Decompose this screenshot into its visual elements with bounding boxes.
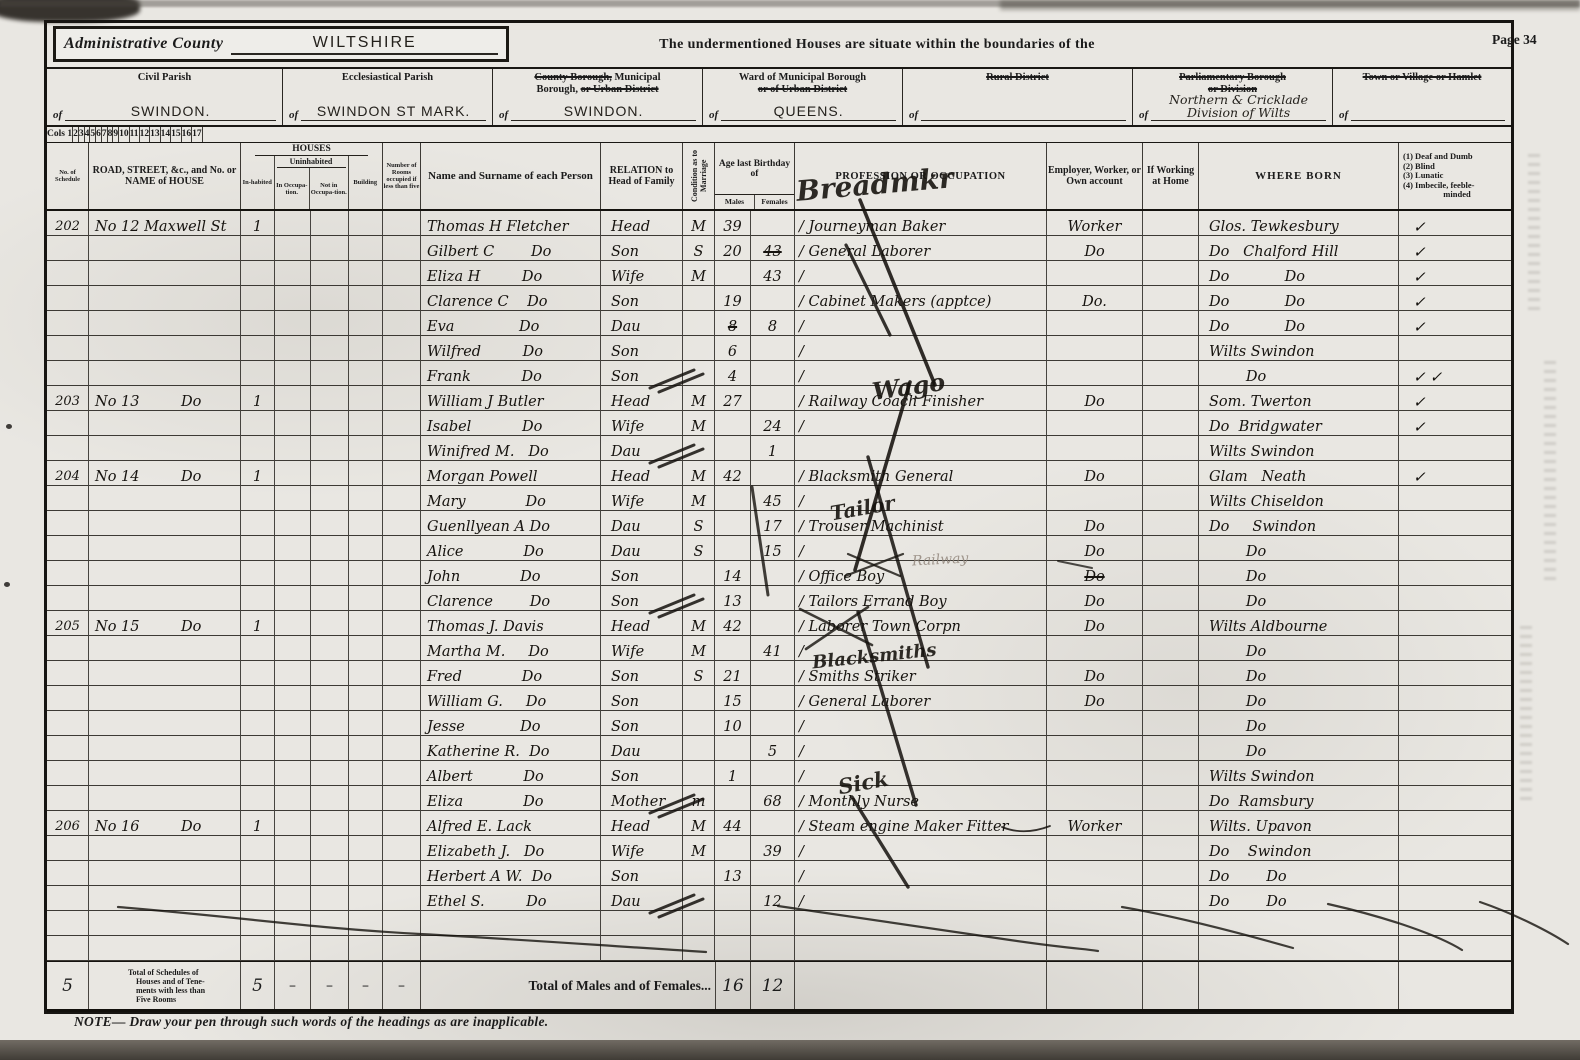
cell-uninhabited-inocc xyxy=(275,661,311,686)
cell-occupation: / xyxy=(795,886,1047,911)
column-number: 11 xyxy=(130,127,140,142)
cell-uninhabited-inocc xyxy=(275,561,311,586)
cell-condition: M xyxy=(683,386,715,411)
cell-uninhabited-inocc xyxy=(275,411,311,436)
cell-inhabited xyxy=(241,586,275,611)
cell-relation: Dau xyxy=(601,736,683,761)
cell-working-at-home xyxy=(1143,636,1199,661)
table-row: 203 No 13 Do 1 William J Butler Head M 2… xyxy=(47,386,1511,411)
cell-age-female xyxy=(751,611,795,636)
cell-inhabited xyxy=(241,636,275,661)
cell-schedule-number xyxy=(47,711,89,736)
cell-rooms xyxy=(383,911,421,936)
cell-uninhabited-notocc xyxy=(311,686,349,711)
cell-working-at-home xyxy=(1143,911,1199,936)
total-dash: – xyxy=(311,962,349,1009)
table-row: 204 No 14 Do 1 Morgan Powell Head M 42 /… xyxy=(47,461,1511,486)
cell-condition: S xyxy=(683,536,715,561)
cell-infirmity-check xyxy=(1399,811,1511,836)
column-number: 13 xyxy=(150,127,161,142)
cell-name: Jesse Do xyxy=(421,711,601,736)
cell-where-born: Do Swindon xyxy=(1199,836,1399,861)
cell-condition: M xyxy=(683,261,715,286)
town-value xyxy=(1351,119,1505,121)
cell-condition xyxy=(683,361,715,386)
cell-name: Thomas J. Davis xyxy=(421,611,601,636)
cell-building xyxy=(349,786,383,811)
cell-building xyxy=(349,336,383,361)
cell-age-male: 13 xyxy=(715,861,751,886)
cell-inhabited xyxy=(241,936,275,961)
cell-infirmity-check: ✓ xyxy=(1399,411,1511,436)
cell-schedule-number: 202 xyxy=(47,211,89,236)
col-age-header: Age last Birthday of Males Females xyxy=(715,143,795,209)
cell-address xyxy=(89,861,241,886)
cell-employer: Do xyxy=(1047,236,1143,261)
cell-age-female xyxy=(751,561,795,586)
age-title: Age last Birthday of xyxy=(715,143,794,194)
cell-working-at-home xyxy=(1143,711,1199,736)
cell-working-at-home xyxy=(1143,936,1199,961)
municipal-value: SWINDON. xyxy=(511,103,696,121)
cell-age-female: 1 xyxy=(751,436,795,461)
cell-infirmity-check: ✓ xyxy=(1399,461,1511,486)
scan-edge-band xyxy=(0,1040,1580,1060)
cell-building xyxy=(349,761,383,786)
struck-text: Rural District xyxy=(986,72,1049,83)
cell-age-female xyxy=(751,936,795,961)
cell-age-female xyxy=(751,461,795,486)
cell-uninhabited-inocc xyxy=(275,761,311,786)
of-word: of xyxy=(1339,109,1348,121)
civil-parish-value: SWINDON. xyxy=(65,103,276,121)
cell-rooms xyxy=(383,211,421,236)
cell-where-born: Do Do xyxy=(1199,286,1399,311)
cell-relation: Head xyxy=(601,461,683,486)
cell-inhabited xyxy=(241,711,275,736)
table-row: Eva Do Dau 8 8 / Do Do ✓ xyxy=(47,311,1511,336)
cell-occupation: / Laborer Town Corpn xyxy=(795,611,1047,636)
cell-where-born: Do xyxy=(1199,661,1399,686)
total-dash: – xyxy=(349,962,383,1009)
cell-where-born: Do xyxy=(1199,561,1399,586)
struck-text: Parliamentary Borough xyxy=(1179,72,1286,83)
cell-name: Martha M. Do xyxy=(421,636,601,661)
cell-building xyxy=(349,211,383,236)
cell-occupation xyxy=(795,936,1047,961)
cell-age-female: 17 xyxy=(751,511,795,536)
cell-inhabited xyxy=(241,311,275,336)
cell-uninhabited-notocc xyxy=(311,211,349,236)
cell-age-male xyxy=(715,636,751,661)
ink-bleed xyxy=(1544,360,1556,580)
cell-employer xyxy=(1047,886,1143,911)
cell-age-female: 43 xyxy=(751,261,795,286)
cell-condition: M xyxy=(683,486,715,511)
cell-infirmity-check xyxy=(1399,561,1511,586)
table-row: Wilfred Do Son 6 / Wilts Swindon xyxy=(47,336,1511,361)
cell-inhabited xyxy=(241,536,275,561)
cell-infirmity-check xyxy=(1399,486,1511,511)
cell-uninhabited-inocc xyxy=(275,261,311,286)
cell-uninhabited-inocc xyxy=(275,886,311,911)
cell-relation: Dau xyxy=(601,536,683,561)
cell-building xyxy=(349,286,383,311)
cell-uninhabited-inocc xyxy=(275,511,311,536)
cell-age-female xyxy=(751,861,795,886)
cell-age-male xyxy=(715,411,751,436)
cell-age-male: 4 xyxy=(715,361,751,386)
cell-relation: Son xyxy=(601,661,683,686)
census-form: Administrative County WILTSHIRE The unde… xyxy=(44,20,1514,1014)
cell-infirmity-check xyxy=(1399,586,1511,611)
ink-bleed xyxy=(1520,620,1532,800)
cell-uninhabited-notocc xyxy=(311,561,349,586)
cell-employer xyxy=(1047,636,1143,661)
column-number: 16 xyxy=(182,127,193,142)
uninhabited-title: Uninhabited xyxy=(277,156,346,168)
cell-address xyxy=(89,586,241,611)
cell-schedule-number xyxy=(47,736,89,761)
cell-relation: Head xyxy=(601,811,683,836)
cell-condition: m xyxy=(683,786,715,811)
footer-note: NOTE— Draw your pen through such words o… xyxy=(74,1014,548,1030)
table-row: Albert Do Son 1 / Wilts Swindon xyxy=(47,761,1511,786)
cell-age-male: 6 xyxy=(715,336,751,361)
eccl-parish-label: Ecclesiastical Parish xyxy=(283,72,492,84)
col-condition-header: Condition as to Marriage xyxy=(683,143,715,209)
cell-building xyxy=(349,836,383,861)
table-row: Frank Do Son 4 / Do ✓✓ xyxy=(47,361,1511,386)
cell-uninhabited-notocc xyxy=(311,286,349,311)
total-females: 12 xyxy=(751,962,795,1009)
civil-parish-label: Civil Parish xyxy=(47,72,282,84)
cell-uninhabited-inocc xyxy=(275,836,311,861)
cell-condition xyxy=(683,761,715,786)
ward-label: Ward of Municipal Borough or of Urban Di… xyxy=(703,72,902,96)
cell-address xyxy=(89,886,241,911)
cell-inhabited xyxy=(241,436,275,461)
cell-schedule-number xyxy=(47,361,89,386)
cell-age-female: 12 xyxy=(751,886,795,911)
cell-where-born xyxy=(1199,911,1399,936)
cell-age-female xyxy=(751,686,795,711)
cell-uninhabited-notocc xyxy=(311,486,349,511)
cell-employer: Worker xyxy=(1047,811,1143,836)
cell-name: Isabel Do xyxy=(421,411,601,436)
cell-uninhabited-inocc xyxy=(275,361,311,386)
cell-uninhabited-inocc xyxy=(275,861,311,886)
cell-relation: Dau xyxy=(601,311,683,336)
cell-inhabited xyxy=(241,261,275,286)
cell-relation: Son xyxy=(601,336,683,361)
cell-rooms xyxy=(383,811,421,836)
cell-where-born: Do Bridgwater xyxy=(1199,411,1399,436)
cell-building xyxy=(349,661,383,686)
cell-working-at-home xyxy=(1143,736,1199,761)
cell-relation: Dau xyxy=(601,886,683,911)
col-building-header: Building xyxy=(349,156,383,209)
cell-condition xyxy=(683,711,715,736)
cell-age-male: 20 xyxy=(715,236,751,261)
cell-address xyxy=(89,786,241,811)
cell-infirmity-check xyxy=(1399,686,1511,711)
cell-schedule-number xyxy=(47,686,89,711)
cell-address xyxy=(89,911,241,936)
col-relation-header: RELATION to Head of Family xyxy=(601,143,683,209)
cell-building xyxy=(349,461,383,486)
cell-address xyxy=(89,561,241,586)
cell-uninhabited-notocc xyxy=(311,461,349,486)
cell-where-born: Do xyxy=(1199,586,1399,611)
cell-name: Alfred E. Lack xyxy=(421,811,601,836)
cell-infirmity-check xyxy=(1399,936,1511,961)
totals-empty xyxy=(795,962,1047,1009)
cell-relation: Mother xyxy=(601,786,683,811)
cell-working-at-home xyxy=(1143,236,1199,261)
cell-name: Elizabeth J. Do xyxy=(421,836,601,861)
cell-relation: Son xyxy=(601,711,683,736)
cell-rooms xyxy=(383,836,421,861)
table-row: Eliza H Do Wife M 43 / Do Do ✓ xyxy=(47,261,1511,286)
cell-age-female: 41 xyxy=(751,636,795,661)
cell-relation: Head xyxy=(601,611,683,636)
cell-occupation: / Steam engine Maker Fitter xyxy=(795,811,1047,836)
cell-schedule-number: 204 xyxy=(47,461,89,486)
cell-schedule-number: 205 xyxy=(47,611,89,636)
cell-uninhabited-notocc xyxy=(311,261,349,286)
cell-age-male xyxy=(715,261,751,286)
cell-name xyxy=(421,936,601,961)
cell-relation: Son xyxy=(601,236,683,261)
cell-working-at-home xyxy=(1143,311,1199,336)
cell-uninhabited-inocc xyxy=(275,236,311,261)
cell-age-male: 42 xyxy=(715,461,751,486)
cell-employer xyxy=(1047,361,1143,386)
cell-age-female xyxy=(751,211,795,236)
cell-address xyxy=(89,711,241,736)
cell-age-male: 42 xyxy=(715,611,751,636)
cell-employer xyxy=(1047,711,1143,736)
cell-condition xyxy=(683,436,715,461)
table-row: Gilbert C Do Son S 20 43 / General Labor… xyxy=(47,236,1511,261)
cell-address xyxy=(89,261,241,286)
cell-where-born: Do xyxy=(1199,636,1399,661)
totals-label: Total of Schedules of Houses and of Tene… xyxy=(89,962,241,1009)
cell-rooms xyxy=(383,611,421,636)
cell-age-male: 8 xyxy=(715,311,751,336)
cell-age-female: 43 xyxy=(751,236,795,261)
cell-relation: Head xyxy=(601,211,683,236)
struck-text: or of Urban District xyxy=(758,84,847,95)
cell-rooms xyxy=(383,311,421,336)
struck-text: or Urban District xyxy=(581,84,659,95)
cell-age-male: 27 xyxy=(715,386,751,411)
cell-address xyxy=(89,486,241,511)
cell-occupation: / Journeyman Baker xyxy=(795,211,1047,236)
col-born-header: WHERE BORN xyxy=(1199,143,1399,209)
cell-inhabited xyxy=(241,236,275,261)
cell-age-female xyxy=(751,811,795,836)
cell-where-born: Wilts Swindon xyxy=(1199,761,1399,786)
totals-row: 5 Total of Schedules of Houses and of Te… xyxy=(47,961,1511,1012)
cell-address: No 14 Do xyxy=(89,461,241,486)
cell-schedule-number xyxy=(47,561,89,586)
cell-inhabited xyxy=(241,661,275,686)
cell-employer xyxy=(1047,486,1143,511)
cell-rooms xyxy=(383,661,421,686)
cell-where-born: Do Do xyxy=(1199,886,1399,911)
cell-infirmity-check: ✓ xyxy=(1399,211,1511,236)
cell-working-at-home xyxy=(1143,786,1199,811)
cell-uninhabited-notocc xyxy=(311,236,349,261)
cell-building xyxy=(349,511,383,536)
cell-working-at-home xyxy=(1143,336,1199,361)
cell-employer xyxy=(1047,836,1143,861)
cell-occupation: / xyxy=(795,836,1047,861)
cell-employer xyxy=(1047,936,1143,961)
cell-building xyxy=(349,736,383,761)
cell-infirmity-check xyxy=(1399,736,1511,761)
cell-schedule-number xyxy=(47,436,89,461)
cell-name: Clarence Do xyxy=(421,586,601,611)
cell-name: Gilbert C Do xyxy=(421,236,601,261)
cell-schedule-number xyxy=(47,286,89,311)
cell-building xyxy=(349,536,383,561)
cell-inhabited: 1 xyxy=(241,386,275,411)
cell-working-at-home xyxy=(1143,461,1199,486)
cell-schedule-number xyxy=(47,511,89,536)
col-males-header: Males xyxy=(715,195,755,209)
cell-infirmity-check xyxy=(1399,761,1511,786)
cell-building xyxy=(349,611,383,636)
table-row: Fred Do Son S 21 / Smiths Striker Do Do xyxy=(47,661,1511,686)
cell-name: Mary Do xyxy=(421,486,601,511)
cell-condition xyxy=(683,911,715,936)
cell-age-female xyxy=(751,761,795,786)
cell-working-at-home xyxy=(1143,536,1199,561)
cell-age-male: 1 xyxy=(715,761,751,786)
cell-occupation: / xyxy=(795,411,1047,436)
cell-name xyxy=(421,911,601,936)
cell-uninhabited-notocc xyxy=(311,586,349,611)
cell-schedule-number xyxy=(47,336,89,361)
cell-occupation: / xyxy=(795,761,1047,786)
of-word: of xyxy=(53,109,62,121)
cell-condition: M xyxy=(683,211,715,236)
cell-rooms xyxy=(383,711,421,736)
town-village-cell: Town or Village or Hamlet of xyxy=(1333,69,1511,125)
totals-empty xyxy=(1047,962,1143,1009)
cell-uninhabited-inocc xyxy=(275,536,311,561)
ink-dot xyxy=(6,424,12,429)
label-text: Ward of Municipal Borough xyxy=(739,72,866,83)
cell-where-born: Do Do xyxy=(1199,261,1399,286)
males-females-label: Total of Males and of Females... xyxy=(421,962,715,1009)
cell-building xyxy=(349,936,383,961)
cell-building xyxy=(349,311,383,336)
cell-working-at-home xyxy=(1143,261,1199,286)
cell-schedule-number xyxy=(47,911,89,936)
cell-infirmity-check: ✓ xyxy=(1399,311,1511,336)
rural-district-cell: Rural District of xyxy=(903,69,1133,125)
cell-rooms xyxy=(383,336,421,361)
cell-age-female xyxy=(751,711,795,736)
cell-building xyxy=(349,886,383,911)
cell-uninhabited-notocc xyxy=(311,911,349,936)
cell-occupation: / Monthly Nurse xyxy=(795,786,1047,811)
infirmity-line: minded xyxy=(1403,190,1511,200)
cell-employer: Do xyxy=(1047,461,1143,486)
cell-uninhabited-inocc xyxy=(275,336,311,361)
cell-inhabited xyxy=(241,836,275,861)
cell-where-born: Do Do xyxy=(1199,861,1399,886)
of-word: of xyxy=(909,109,918,121)
cell-age-male: 39 xyxy=(715,211,751,236)
cell-age-male: 14 xyxy=(715,561,751,586)
cell-age-male xyxy=(715,936,751,961)
table-row: Clarence Do Son 13 / Tailors Errand Boy … xyxy=(47,586,1511,611)
cell-rooms xyxy=(383,411,421,436)
cell-uninhabited-notocc xyxy=(311,311,349,336)
cell-uninhabited-notocc xyxy=(311,411,349,436)
cell-rooms xyxy=(383,786,421,811)
cell-where-born: Do xyxy=(1199,711,1399,736)
cell-name: Alice Do xyxy=(421,536,601,561)
cell-building xyxy=(349,436,383,461)
cell-working-at-home xyxy=(1143,661,1199,686)
cell-working-at-home xyxy=(1143,211,1199,236)
cell-age-male: 13 xyxy=(715,586,751,611)
cell-employer xyxy=(1047,911,1143,936)
table-row: Jesse Do Son 10 / Do xyxy=(47,711,1511,736)
cell-address xyxy=(89,661,241,686)
cell-relation: Head xyxy=(601,386,683,411)
cell-employer xyxy=(1047,786,1143,811)
cell-inhabited: 1 xyxy=(241,811,275,836)
cell-condition: M xyxy=(683,461,715,486)
scan-smudge xyxy=(1000,0,1580,10)
cell-age-male xyxy=(715,836,751,861)
cell-infirmity-check xyxy=(1399,636,1511,661)
cell-uninhabited-inocc xyxy=(275,586,311,611)
cell-where-born: Glam Neath xyxy=(1199,461,1399,486)
cell-rooms xyxy=(383,286,421,311)
cell-rooms xyxy=(383,886,421,911)
cell-age-male xyxy=(715,886,751,911)
col-females-header: Females xyxy=(755,195,794,209)
totals-label-line: Houses and of Tene- xyxy=(128,977,205,986)
cell-schedule-number xyxy=(47,536,89,561)
parliamentary-cell: Parliamentary Borough or Division of Nor… xyxy=(1133,69,1333,125)
totals-empty xyxy=(1199,962,1399,1009)
cell-condition: M xyxy=(683,811,715,836)
cell-infirmity-check: ✓ xyxy=(1399,286,1511,311)
col-home-header: If Working at Home xyxy=(1143,143,1199,209)
civil-parish-cell: Civil Parish ofSWINDON. xyxy=(47,69,283,125)
cell-name: Clarence C Do xyxy=(421,286,601,311)
table-row: Winifred M. Do Dau 1 Wilts Swindon xyxy=(47,436,1511,461)
total-males: 16 xyxy=(715,962,751,1009)
cell-schedule-number xyxy=(47,586,89,611)
cell-working-at-home xyxy=(1143,761,1199,786)
town-label: Town or Village or Hamlet xyxy=(1333,72,1511,84)
cell-working-at-home xyxy=(1143,436,1199,461)
cell-relation: Son xyxy=(601,361,683,386)
of-word: of xyxy=(1139,109,1148,121)
cell-where-born: Wilts Swindon xyxy=(1199,436,1399,461)
cell-inhabited: 1 xyxy=(241,211,275,236)
